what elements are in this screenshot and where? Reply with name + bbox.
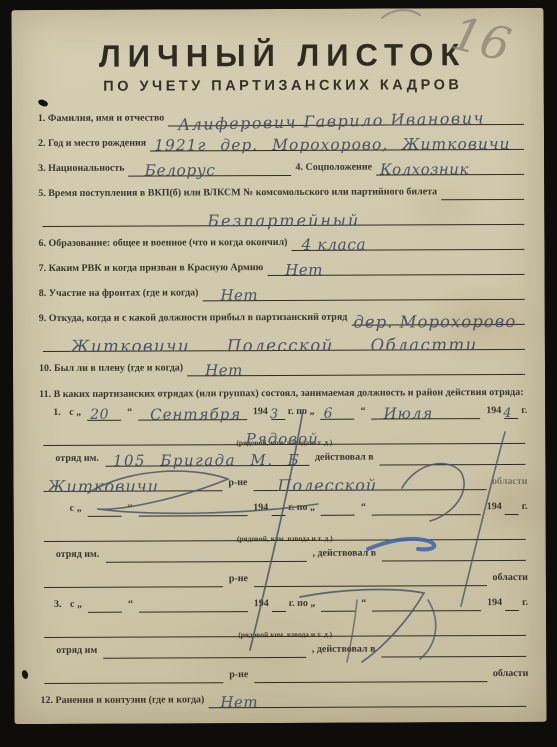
field-captivity-value: Нет [205,363,243,378]
field-wounds-line: Нет [208,692,526,708]
printed-quote-close: “ [128,599,133,613]
printed-g: г. [522,597,528,611]
entry2-from-year-line [271,501,285,516]
entry1-to-year-digit: 4 [503,406,512,421]
printed-quote-close: “ [128,503,133,517]
printed-194: 194 [253,406,268,420]
printed-otryad: отряд им. [55,453,99,467]
field-wounds-label: 12. Ранения и контузии (где и когда) [40,694,204,709]
entry3-operated-line [382,642,527,658]
field-surname-label: 1. Фамилия, имя и отчество [38,112,164,127]
field-nationality-line: Белорус [129,161,292,177]
field-fronts-line: Нет [202,285,524,301]
printed-otryad: отряд им [56,645,97,659]
field-arrival: 9. Откуда, когда и с какой должности при… [39,310,529,327]
field-party-value: Безпартейный [207,213,360,229]
entry1-operated-line [380,450,526,466]
field-captivity: 10. Был ли в плену (где и когда) Нет [39,360,529,377]
field-nationality-social: 3. Национальность Белорус 4. Соцположени… [38,160,528,177]
field-arrival-label: 9. Откуда, когда и с какой должности при… [39,312,348,327]
field-rvk-line: Нет [267,260,524,276]
entry1-rank-line: Рядовой [43,429,525,446]
entry3-unit-line [103,643,306,659]
field-fronts-label: 8. Участие на фронтах (где и когда) [39,287,199,302]
entry3-district-line [44,668,223,684]
printed-g: г. [522,501,528,515]
printed-quote-close: “ [361,598,366,612]
printed-deistvoval: действовал в [315,452,374,466]
entry2-region-line [254,571,487,587]
entry2-from-month-line [139,501,248,516]
field-education-value: 4 класа [301,238,366,253]
printed-194: 194 [487,597,502,611]
field-birth-line: 1921г дер. Морохорово, Житковичи [150,135,524,152]
field-social-line: Колхозник [376,160,524,176]
printed-194: 194 [254,598,269,612]
printed-g-po: г. по „ [288,502,315,516]
printed-g: г. [521,405,527,419]
printed-rne: р-не [228,477,247,491]
entry3-from-day-line [88,598,122,613]
field-surname-value: Алиферович Гаврило Иванович [178,110,485,132]
scanned-document: { "page_number": "16", "header": { "titl… [0,0,557,747]
entry2-rank-line [44,525,526,542]
field-rvk: 7. Каким РВК и когда призван в Красную А… [39,260,529,277]
entry1-to-year-line: 4 [504,404,518,419]
entry1-to-day-line: 6 [321,405,355,420]
field-party-label: 5. Время поступления в ВКП(б) или ВЛКСМ … [38,186,437,202]
printed-rne: р-не [229,573,248,587]
field-fronts: 8. Участие на фронтах (где и когда) Нет [39,285,529,302]
printed-194: 194 [253,502,268,516]
printed-oblasti: области [492,572,528,586]
entry2-unit-row: отряд им. , действовал в [40,546,530,563]
entry3-to-day-line [321,597,355,612]
entry1-district: Житковичи [47,479,159,494]
entry1-number: 1. [53,407,67,421]
entry1-from-year-line: 3 [271,405,285,420]
entry2-to-month-line [372,500,481,515]
field-birth-label: 2. Год и место рождения [38,138,146,152]
entry3-to-month-line [372,596,481,611]
entry3-from-month-line [139,597,248,612]
printed-g-po: г. по „ [289,598,316,612]
field-nationality-label: 3. Национальность [38,163,125,177]
printed-deistvoval: , действовал в [312,548,376,562]
entry3-unit-row: отряд им , действовал в [40,642,530,659]
field-fronts-value: Нет [220,288,258,303]
entry1-rank-row: Рядовой [39,429,529,446]
field-arrival-line1: дер. Морохорово [351,310,525,326]
field-education-line: 4 класа [291,235,524,251]
entry3-from-year-line [272,597,286,612]
entry3-region-line [254,667,487,683]
entry1-from-month: Сентября [150,407,241,422]
field-education-label: 6. Образование: общее и военное (что и к… [38,237,287,252]
field-rvk-label: 7. Каким РВК и когда призван в Красную А… [39,262,264,277]
printed-oblasti: области [492,476,528,490]
page-subtitle: ПО УЧЕТУ ПАРТИЗАНСКИХ КАДРОВ [38,75,528,97]
entry3-dates: 3. с „ “ 194 г. по „ “ 194 г. [40,596,530,613]
entry1-rank: Рядовой [246,432,319,447]
entry1-district-line: Житковичи [43,476,222,492]
field-education: 6. Образование: общее и военное (что и к… [38,235,528,252]
printed-quote-close: “ [127,407,132,421]
entry1-from-year-digit: 3 [270,407,279,422]
entry1-dates: 1. с „ 20 “ Сентября 194 3 г. по „ 6 “ И… [39,404,529,421]
field-arrival-value1: дер. Морохорово [353,314,516,330]
printed-quote-close: “ [361,502,366,516]
field-arrival-continuation: Житковичи Полесской Областти [39,335,529,352]
field-arrival-value2: Житковичи Полесской Областти [71,337,478,354]
entry2-rank-row [40,525,530,542]
entry1-to-month-line: Июля [372,404,481,419]
entry3-rank-line [44,621,526,638]
entry2-to-day-line [321,501,355,516]
printed-s-quote: с „ [70,599,82,613]
entry1-region: Полесской [277,478,377,493]
field-wounds-value: Нет [220,695,258,710]
pencil-page-number: 16 [447,10,515,69]
printed-s-quote: с „ [70,503,82,517]
entry1-from-day-line: 20 [87,406,121,421]
printed-otryad: отряд им. [56,549,100,563]
entry3-to-year-line [505,596,519,611]
field-birth-value: 1921г дер. Морохорово, Житковичи [154,137,510,154]
field-party-continuation: Безпартейный [38,210,528,227]
printed-rne: р-не [229,669,248,683]
entry2-number [54,515,68,517]
field-party-line1 [441,185,524,200]
entry2-to-year-line [505,500,519,515]
printed-s-quote: с „ [69,407,81,421]
printed-194: 194 [487,501,502,515]
entry2-unit-line [105,547,306,563]
entry1-unit-row: отряд им. 105 Бригада М. Б действовал в [39,450,529,467]
entry1-unit-line: 105 Бригада М. Б [105,451,309,467]
entry3-rank-row [40,621,530,638]
field-nationality-value: Белорус [145,163,216,178]
entry1-area-row: Житковичи р-не Полесской области [39,475,529,492]
entry1-region-line: Полесской [253,475,486,491]
entry1-unit: 105 Бригада М. Б [113,453,300,469]
document-page: ЛИЧНЫЙ ЛИСТОК ПО УЧЕТУ ПАРТИЗАНСКИХ КАДР… [11,8,546,724]
entry2-area-row: р-не области [40,571,530,588]
entry1-from-month-line: Сентября [138,405,247,420]
printed-g-po: г. по „ [288,406,315,420]
field-arrival-line2: Житковичи Полесской Областти [43,335,525,352]
printed-quote-close: “ [361,406,366,420]
entry1-to-month: Июля [384,406,434,421]
field-social-label: 4. Соцположение [295,162,372,176]
printed-oblasti: области [493,668,529,682]
entry3-area-row: р-не области [40,667,530,684]
printed-deistvoval: , действовал в [312,644,376,658]
form-body: 1. Фамилия, имя и отчество Алиферович Га… [38,110,531,709]
field-surname: 1. Фамилия, имя и отчество Алиферович Га… [38,110,528,127]
field-social-value: Колхозник [380,162,469,177]
field-party: 5. Время поступления в ВКП(б) или ВЛКСМ … [38,185,528,202]
field-rvk-value: Нет [285,263,323,278]
entry2-operated-line [382,546,526,562]
printed-194: 194 [486,405,501,419]
field-captivity-line: Нет [187,360,525,376]
field-captivity-label: 10. Был ли в плену (где и когда) [39,362,183,377]
field-birth: 2. Год и место рождения 1921г дер. Морох… [38,135,528,152]
field-wounds: 12. Ранения и контузии (где и когда) Нет [40,692,530,709]
field-units-label: 11. В каких партизанских отрядах (или гр… [39,385,529,402]
entry1-from-day: 20 [90,408,109,423]
entry3-number: 3. [54,599,68,613]
entry2-district-line [44,572,223,588]
field-party-line2: Безпартейный [42,210,524,227]
entry2-dates: с „ “ 194 г. по „ “ 194 г. [40,500,530,517]
entry1-to-day: 6 [324,407,333,422]
field-surname-line: Алиферович Гаврило Иванович [168,110,524,127]
entry2-from-day-line [88,502,122,517]
